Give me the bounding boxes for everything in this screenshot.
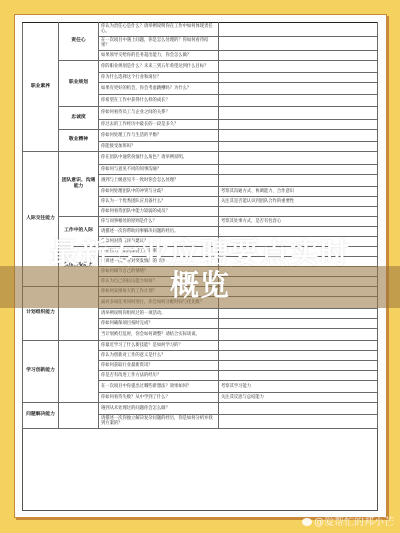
watermark-text: @爱帮忙的邦小芒	[314, 517, 394, 528]
evaluation-note-cell: 关注其反思与总结能力	[219, 392, 378, 402]
subcategory-cell	[59, 340, 99, 402]
question-cell: 你过去的工作经历中最长的一段是多久？	[99, 119, 219, 129]
evaluation-note-cell	[219, 23, 378, 37]
table-row: 学习创新能力你最近学习了什么新技能？是如何学习的？	[23, 340, 378, 350]
question-cell: 在一次项目中你提出过哪些新想法？效果如何？	[99, 380, 219, 392]
question-cell: 你是否有改进工作方法的经历？	[99, 370, 219, 380]
evaluation-note-cell	[219, 360, 378, 370]
question-cell: 如果有更好的机会，你会考虑跳槽吗？为什么？	[99, 82, 219, 94]
evaluation-note-cell	[219, 82, 378, 94]
evaluation-note-cell	[219, 151, 378, 164]
table-row: 工作中的人际你与同事相处的原则是什么？考察其处事方式，是否有包容心	[23, 216, 378, 226]
evaluation-note-cell	[219, 350, 378, 360]
evaluation-note-cell	[219, 370, 378, 380]
question-cell: 请描述一次你帮助同事解决问题的经历。	[99, 226, 219, 236]
subcategory-cell: 团队意识、沟通能力	[59, 151, 99, 216]
evaluation-note-cell	[219, 94, 378, 106]
overlay-title: 最新专业应聘要点实时 概览	[0, 237, 400, 301]
subcategory-cell	[59, 402, 99, 428]
evaluation-note-cell	[219, 129, 378, 141]
subcategory-cell: 责任心	[59, 23, 99, 61]
evaluation-note-cell	[219, 164, 378, 174]
question-cell: 你如何看待失败？从中学到了什么？	[99, 392, 219, 402]
question-cell: 请举例说明你组织过的一项活动。	[99, 308, 219, 318]
question-cell: 在一次项目中遇上问题，你是怎么处理的？你如何看待结果？	[99, 36, 219, 50]
table-row: 敬业精神你如何处理工作与生活的平衡？	[23, 129, 378, 141]
evaluation-note-cell	[219, 106, 378, 119]
overlay-title-line1: 最新专业应聘要点实时	[50, 236, 350, 270]
weibo-icon	[302, 518, 312, 526]
question-cell: 你如何处理团队中的冲突与分歧？	[99, 186, 219, 196]
question-cell: 你如何获取行业最新资讯？	[99, 360, 219, 370]
evaluation-note-cell	[219, 414, 378, 428]
question-cell: 你如何确保项目按时完成？	[99, 318, 219, 328]
question-cell: 你希望在工作中获得什么样的成长？	[99, 94, 219, 106]
evaluation-note-cell	[219, 119, 378, 129]
table-row: 职业规划你的职业规划是什么？未来三到五年希望达到什么目标？	[23, 60, 378, 72]
watermark: @爱帮忙的邦小芒	[302, 513, 394, 528]
table-row: 忠诚度你如何看待员工与企业之间的关系？	[23, 106, 378, 119]
evaluation-note-cell	[219, 50, 378, 60]
evaluation-note-cell	[219, 226, 378, 236]
question-cell: 你如何与意见不同的同事沟通？	[99, 164, 219, 174]
evaluation-note-cell	[219, 318, 378, 328]
question-cell: 遇到与上级意见不一致时你会怎么处理？	[99, 174, 219, 186]
question-cell: 你认为责任心是什么？请举例说明你在工作中如何体现责任心。	[99, 23, 219, 37]
evaluation-note-cell: 关注其是否能认识到团队合作的重要性	[219, 196, 378, 206]
evaluation-note-cell: 考察其处事方式，是否有包容心	[219, 216, 378, 226]
evaluation-note-cell	[219, 36, 378, 50]
evaluation-note-cell	[219, 328, 378, 340]
evaluation-note-cell	[219, 72, 378, 82]
table-row: 职业素养责任心你认为责任心是什么？请举例说明你在工作中如何体现责任心。	[23, 23, 378, 37]
question-cell: 你认为一个优秀团队应具备什么？	[99, 196, 219, 206]
question-cell: 你如何看待员工与企业之间的关系？	[99, 106, 219, 119]
table-row: 问题解决能力遇到从未处理过的问题你会怎么做？	[23, 402, 378, 414]
question-cell: 你的职业规划是什么？未来三到五年希望达到什么目标？	[99, 60, 219, 72]
evaluation-note-cell	[219, 206, 378, 216]
interview-question-table: 职业素养责任心你认为责任心是什么？请举例说明你在工作中如何体现责任心。在一次项目…	[22, 22, 378, 429]
evaluation-note-cell	[219, 174, 378, 186]
evaluation-note-cell	[219, 402, 378, 414]
question-cell: 你如何看待团队中能力较弱的成员？	[99, 206, 219, 216]
question-cell: 你为什么选择这个行业和岗位？	[99, 72, 219, 82]
question-cell: 你如何处理工作与生活的平衡？	[99, 129, 219, 141]
question-cell: 你能接受加班吗？	[99, 141, 219, 151]
evaluation-note-cell: 考察其学习能力	[219, 380, 378, 392]
table-row: 人际交往能力团队意识、沟通能力你在团队中通常扮演什么角色？请举例说明。	[23, 151, 378, 164]
question-cell: 你认为创新对工作的意义是什么？	[99, 350, 219, 360]
question-cell: 你与同事相处的原则是什么？	[99, 216, 219, 226]
question-cell: 请描述一次你独立解决复杂问题的经历，你是如何分析并找到方案的？	[99, 414, 219, 428]
evaluation-note-cell: 考察其沟通方式、协调能力、合作意识	[219, 186, 378, 196]
question-cell: 你在团队中通常扮演什么角色？请举例说明。	[99, 151, 219, 164]
subcategory-cell: 职业规划	[59, 60, 99, 106]
evaluation-note-cell	[219, 340, 378, 350]
evaluation-note-cell	[219, 60, 378, 72]
category-cell: 学习创新能力	[23, 340, 59, 402]
subcategory-cell: 敬业精神	[59, 129, 99, 151]
question-cell: 如果领导交给你的任务超出能力，你会怎么做？	[99, 50, 219, 60]
evaluation-note-cell	[219, 308, 378, 318]
category-cell: 问题解决能力	[23, 402, 59, 428]
overlay-title-line2: 概览	[0, 269, 400, 301]
question-cell: 遇到从未处理过的问题你会怎么做？	[99, 402, 219, 414]
question-cell: 当计划被打乱时，你会如何调整？请结合实际谈谈。	[99, 328, 219, 340]
subcategory-cell: 忠诚度	[59, 106, 99, 129]
category-cell: 职业素养	[23, 23, 59, 152]
question-cell: 你最近学习了什么新技能？是如何学习的？	[99, 340, 219, 350]
evaluation-note-cell	[219, 141, 378, 151]
